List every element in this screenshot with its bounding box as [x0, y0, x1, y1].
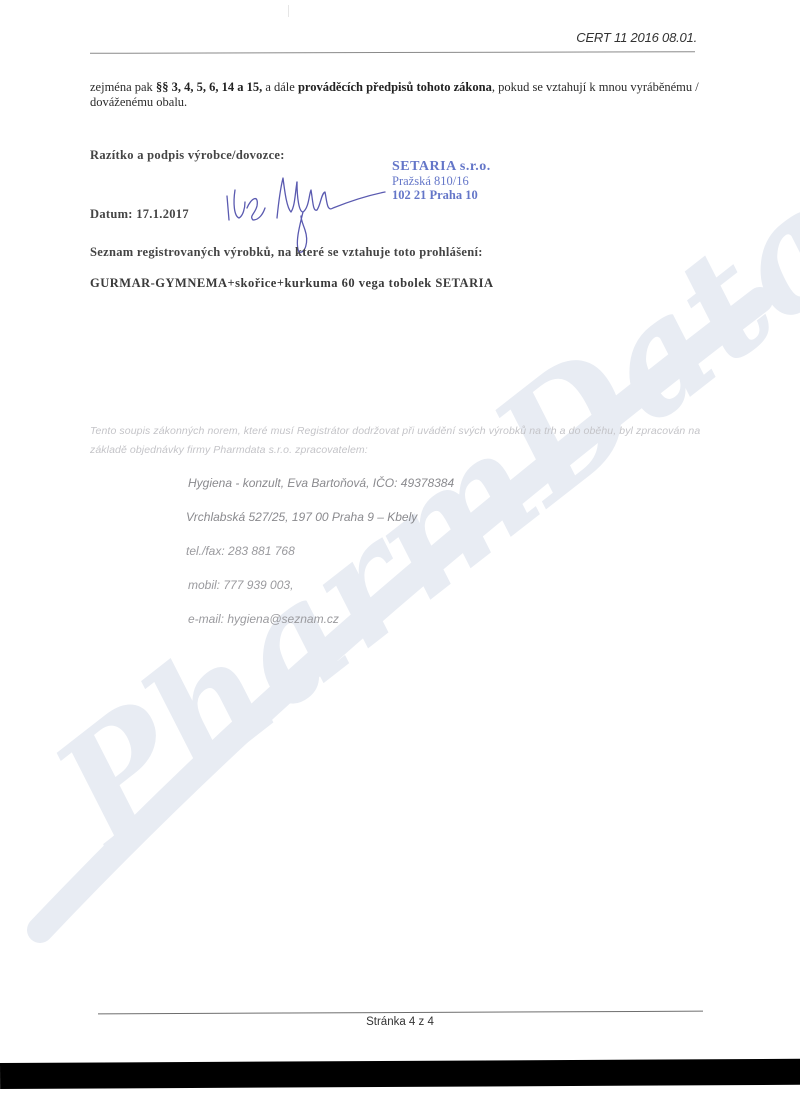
scan-edge-bar — [0, 1059, 800, 1089]
footer-divider — [98, 1011, 703, 1015]
processor-note: Tento soupis zákonných norem, které musí… — [90, 422, 710, 460]
stamp-signature-label: Razítko a podpis výrobce/dovozce: — [90, 148, 285, 163]
processor-address: Vrchlabská 527/25, 197 00 Praha 9 – Kbel… — [186, 510, 417, 524]
stamp-company-name: SETARIA s.r.o. — [392, 160, 491, 174]
scan-mark — [288, 5, 289, 17]
product-name: GURMAR-GYMNEMA+skořice+kurkuma 60 vega t… — [90, 276, 494, 291]
page-number: Stránka 4 z 4 — [0, 1016, 800, 1028]
stamp-street: Pražská 810/16 — [392, 174, 491, 188]
regulations-reference: prováděcích předpisů tohoto zákona — [298, 80, 492, 94]
processor-mobile: mobil: 777 939 003, — [188, 578, 293, 592]
legal-paragraph: zejména pak §§ 3, 4, 5, 6, 14 a 15, a dá… — [90, 80, 705, 110]
processor-company: Hygiena - konzult, Eva Bartoňová, IČO: 4… — [188, 476, 454, 490]
date-label: Datum: 17.1.2017 — [90, 207, 189, 222]
document-page: PharmData s.r.o. CERT 11 2016 08.01. zej… — [0, 0, 800, 1100]
company-stamp: SETARIA s.r.o. Pražská 810/16 102 21 Pra… — [392, 160, 491, 202]
sections-reference: §§ 3, 4, 5, 6, 14 a 15, — [156, 80, 262, 94]
processor-phone: tel./fax: 283 881 768 — [186, 544, 295, 558]
processor-email: e-mail: hygiena@seznam.cz — [188, 612, 339, 626]
document-reference: CERT 11 2016 08.01. — [576, 30, 697, 45]
stamp-city: 102 21 Praha 10 — [392, 188, 491, 202]
header-divider — [90, 51, 695, 54]
registered-products-label: Seznam registrovaných výrobků, na které … — [90, 245, 483, 260]
